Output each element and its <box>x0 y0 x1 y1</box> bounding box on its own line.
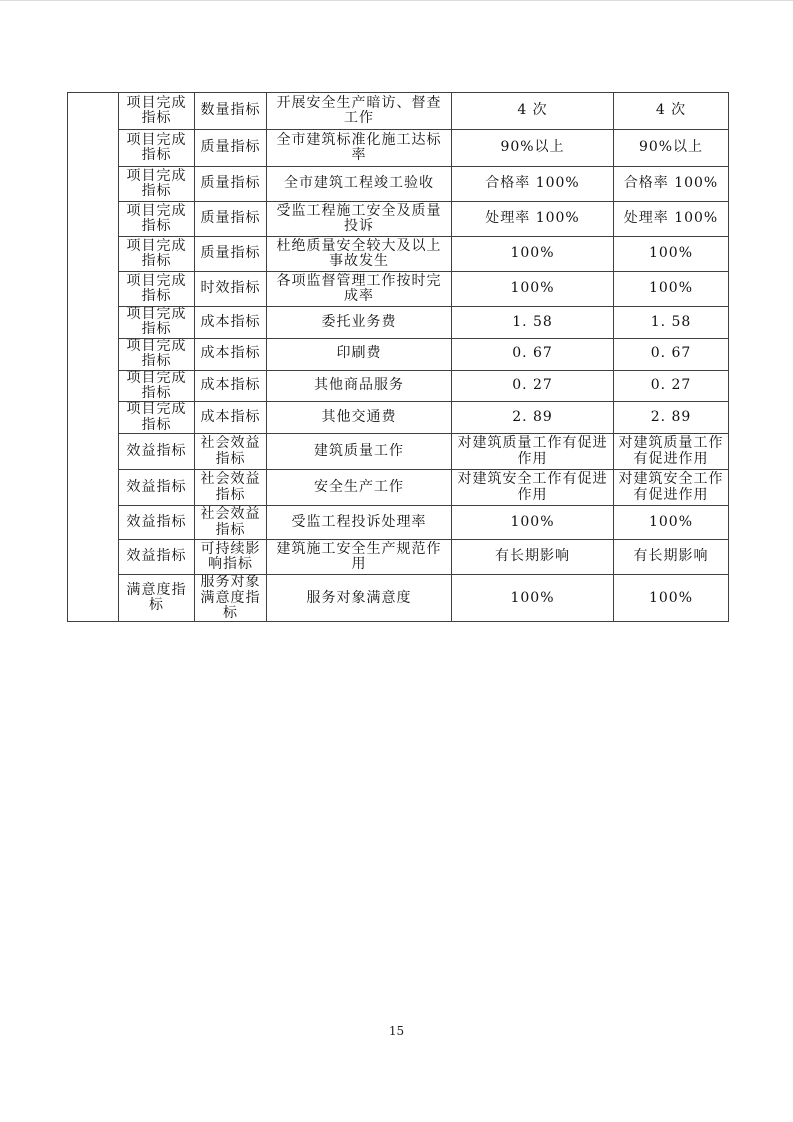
indicator-name-cell: 安全生产工作 <box>267 470 452 506</box>
actual-value-cell: 0. 67 <box>614 338 729 370</box>
target-value-cell: 100% <box>452 237 614 272</box>
page-number: 15 <box>0 1024 793 1038</box>
indicator-name-cell: 各项监督管理工作按时完成率 <box>267 272 452 307</box>
actual-value-cell: 90%以上 <box>614 130 729 167</box>
actual-value-cell: 100% <box>614 237 729 272</box>
level1-indicator-cell: 项目完成指标 <box>119 130 195 167</box>
actual-value-cell: 100% <box>614 506 729 540</box>
table-row: 项目完成指标 质量指标 杜绝质量安全较大及以上事故发生 100% 100% <box>68 237 729 272</box>
actual-value-cell: 有长期影响 <box>614 540 729 575</box>
indicator-name-cell: 服务对象满意度 <box>267 575 452 622</box>
indicator-name-cell: 建筑质量工作 <box>267 434 452 470</box>
level2-indicator-cell: 质量指标 <box>195 167 267 202</box>
level2-indicator-cell: 质量指标 <box>195 130 267 167</box>
target-value-cell: 4 次 <box>452 93 614 130</box>
level1-indicator-cell: 项目完成指标 <box>119 272 195 307</box>
actual-value-cell: 0. 27 <box>614 370 729 402</box>
target-value-cell: 1. 58 <box>452 307 614 339</box>
level1-indicator-cell: 项目完成指标 <box>119 202 195 237</box>
level1-indicator-cell: 项目完成指标 <box>119 370 195 402</box>
indicator-name-cell: 受监工程投诉处理率 <box>267 506 452 540</box>
level2-indicator-cell: 成本指标 <box>195 338 267 370</box>
actual-value-cell: 1. 58 <box>614 307 729 339</box>
actual-value-cell: 对建筑质量工作有促进作用 <box>614 434 729 470</box>
table-row: 项目完成指标 成本指标 印刷费 0. 67 0. 67 <box>68 338 729 370</box>
level1-indicator-cell: 项目完成指标 <box>119 307 195 339</box>
target-value-cell: 100% <box>452 272 614 307</box>
indicator-name-cell: 全市建筑标准化施工达标率 <box>267 130 452 167</box>
target-value-cell: 合格率 100% <box>452 167 614 202</box>
table-row: 项目完成指标 成本指标 其他商品服务 0. 27 0. 27 <box>68 370 729 402</box>
target-value-cell: 2. 89 <box>452 402 614 434</box>
actual-value-cell: 处理率 100% <box>614 202 729 237</box>
level2-indicator-cell: 质量指标 <box>195 202 267 237</box>
level2-indicator-cell: 社会效益指标 <box>195 470 267 506</box>
indicator-name-cell: 受监工程施工安全及质量投诉 <box>267 202 452 237</box>
target-value-cell: 0. 67 <box>452 338 614 370</box>
level2-indicator-cell: 成本指标 <box>195 307 267 339</box>
table-row: 效益指标 社会效益指标 建筑质量工作 对建筑质量工作有促进作用 对建筑质量工作有… <box>68 434 729 470</box>
indicator-name-cell: 委托业务费 <box>267 307 452 339</box>
target-value-cell: 对建筑质量工作有促进作用 <box>452 434 614 470</box>
table-row: 项目完成指标 成本指标 其他交通费 2. 89 2. 89 <box>68 402 729 434</box>
page-top-edge <box>0 0 793 1</box>
level1-indicator-cell: 项目完成指标 <box>119 167 195 202</box>
table-row: 满意度指标 服务对象满意度指标 服务对象满意度 100% 100% <box>68 575 729 622</box>
indicator-name-cell: 开展安全生产暗访、督查工作 <box>267 93 452 130</box>
level2-indicator-cell: 社会效益指标 <box>195 506 267 540</box>
indicator-name-cell: 印刷费 <box>267 338 452 370</box>
level1-indicator-cell: 项目完成指标 <box>119 338 195 370</box>
level1-indicator-cell: 效益指标 <box>119 470 195 506</box>
table-row: 项目完成指标 数量指标 开展安全生产暗访、督查工作 4 次 4 次 <box>68 93 729 130</box>
level1-indicator-cell: 效益指标 <box>119 434 195 470</box>
indicator-name-cell: 杜绝质量安全较大及以上事故发生 <box>267 237 452 272</box>
level2-indicator-cell: 质量指标 <box>195 237 267 272</box>
table-row: 项目完成指标 成本指标 委托业务费 1. 58 1. 58 <box>68 307 729 339</box>
actual-value-cell: 合格率 100% <box>614 167 729 202</box>
level2-indicator-cell: 服务对象满意度指标 <box>195 575 267 622</box>
actual-value-cell: 对建筑安全工作有促进作用 <box>614 470 729 506</box>
table-row: 项目完成指标 质量指标 全市建筑工程竣工验收 合格率 100% 合格率 100% <box>68 167 729 202</box>
actual-value-cell: 100% <box>614 575 729 622</box>
level1-indicator-cell: 项目完成指标 <box>119 402 195 434</box>
level1-indicator-cell: 项目完成指标 <box>119 93 195 130</box>
indicator-name-cell: 其他商品服务 <box>267 370 452 402</box>
indicator-name-cell: 全市建筑工程竣工验收 <box>267 167 452 202</box>
level1-indicator-cell: 效益指标 <box>119 506 195 540</box>
actual-value-cell: 4 次 <box>614 93 729 130</box>
level2-indicator-cell: 社会效益指标 <box>195 434 267 470</box>
target-value-cell: 处理率 100% <box>452 202 614 237</box>
level2-indicator-cell: 时效指标 <box>195 272 267 307</box>
table-row: 效益指标 可持续影响指标 建筑施工安全生产规范作用 有长期影响 有长期影响 <box>68 540 729 575</box>
actual-value-cell: 2. 89 <box>614 402 729 434</box>
indicator-name-cell: 其他交通费 <box>267 402 452 434</box>
table-row: 项目完成指标 质量指标 受监工程施工安全及质量投诉 处理率 100% 处理率 1… <box>68 202 729 237</box>
level2-indicator-cell: 可持续影响指标 <box>195 540 267 575</box>
level1-indicator-cell: 满意度指标 <box>119 575 195 622</box>
table-row: 效益指标 社会效益指标 安全生产工作 对建筑安全工作有促进作用 对建筑安全工作有… <box>68 470 729 506</box>
actual-value-cell: 100% <box>614 272 729 307</box>
table-row: 项目完成指标 时效指标 各项监督管理工作按时完成率 100% 100% <box>68 272 729 307</box>
target-value-cell: 90%以上 <box>452 130 614 167</box>
merged-left-spacer-cell <box>68 93 119 622</box>
level1-indicator-cell: 效益指标 <box>119 540 195 575</box>
target-value-cell: 100% <box>452 575 614 622</box>
level2-indicator-cell: 成本指标 <box>195 370 267 402</box>
indicator-name-cell: 建筑施工安全生产规范作用 <box>267 540 452 575</box>
level2-indicator-cell: 数量指标 <box>195 93 267 130</box>
target-value-cell: 对建筑安全工作有促进作用 <box>452 470 614 506</box>
table-row: 项目完成指标 质量指标 全市建筑标准化施工达标率 90%以上 90%以上 <box>68 130 729 167</box>
target-value-cell: 0. 27 <box>452 370 614 402</box>
target-value-cell: 有长期影响 <box>452 540 614 575</box>
target-value-cell: 100% <box>452 506 614 540</box>
table-row: 效益指标 社会效益指标 受监工程投诉处理率 100% 100% <box>68 506 729 540</box>
level1-indicator-cell: 项目完成指标 <box>119 237 195 272</box>
performance-indicator-table: 项目完成指标 数量指标 开展安全生产暗访、督查工作 4 次 4 次 项目完成指标… <box>67 92 729 622</box>
level2-indicator-cell: 成本指标 <box>195 402 267 434</box>
